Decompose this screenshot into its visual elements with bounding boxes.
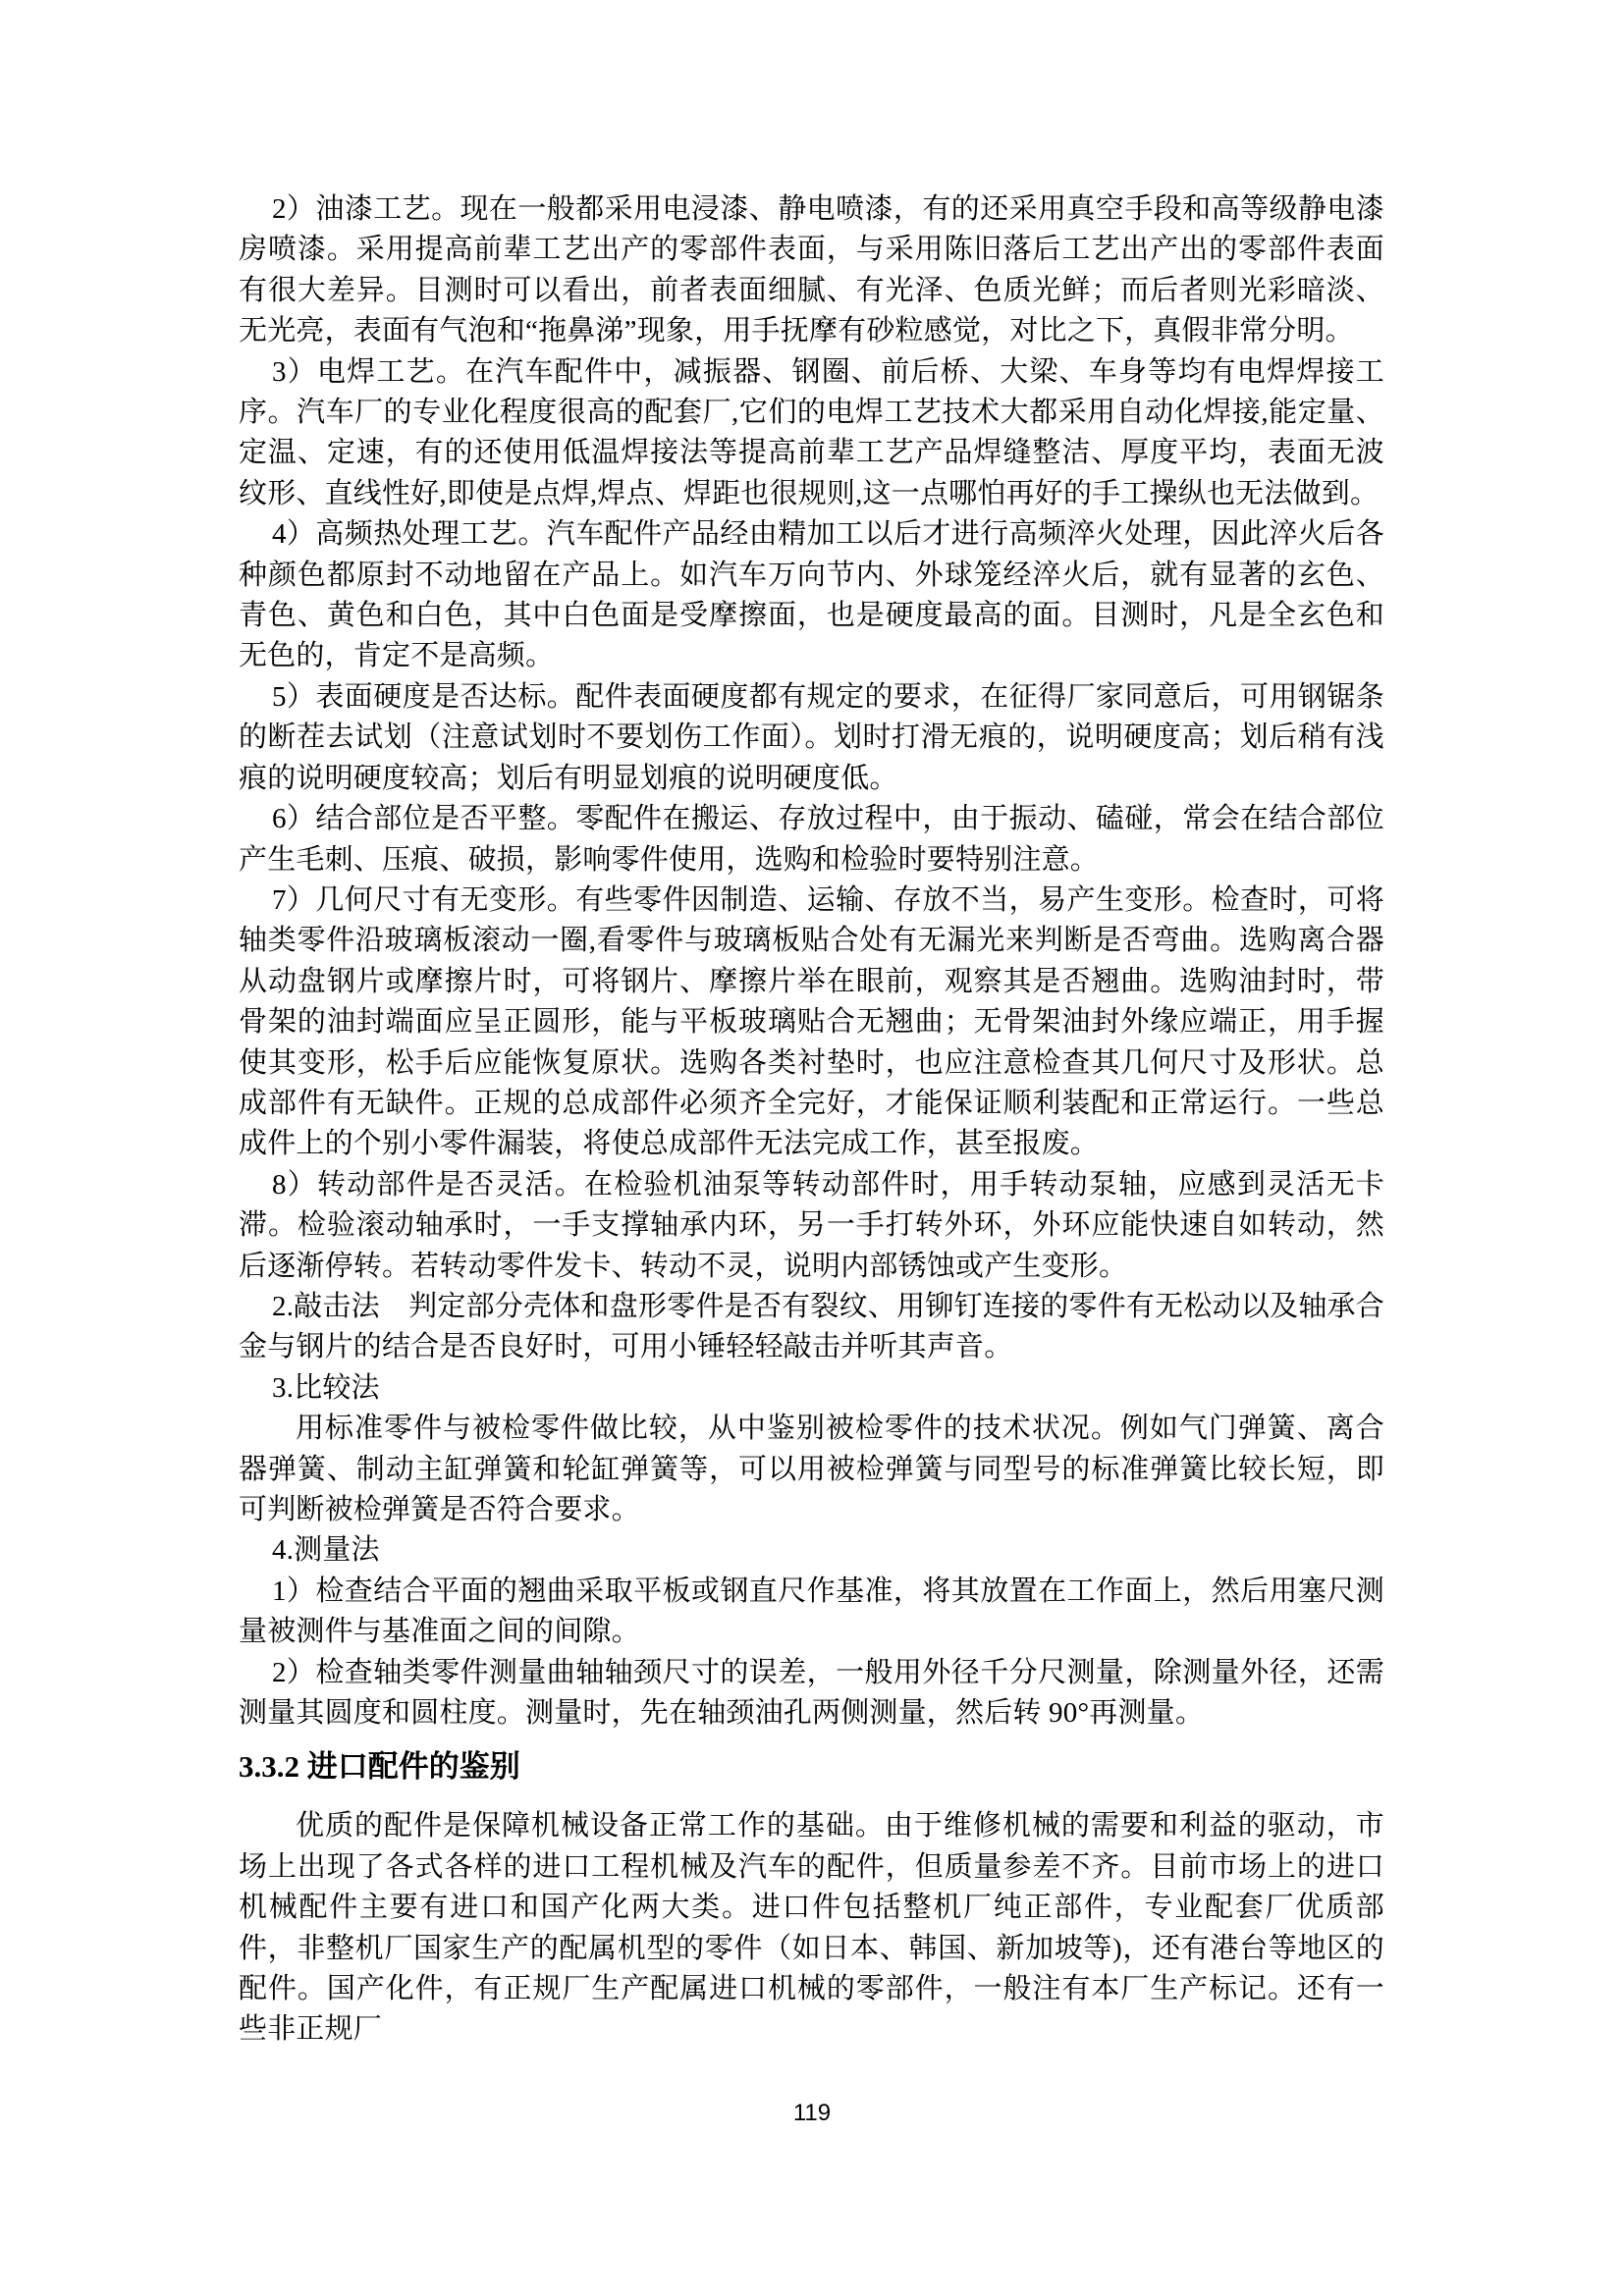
- document-page: 2）油漆工艺。现在一般都采用电浸漆、静电喷漆，有的还采用真空手段和高等级静电漆房…: [0, 0, 1624, 2296]
- paragraph-flatness-check: 1）检查结合平面的翘曲采取平板或钢直尺作基准，将其放置在工作面上，然后用塞尺测量…: [239, 1572, 1384, 1653]
- paragraph-imported-parts-intro: 优质的配件是保障机械设备正常工作的基础。由于维修机械的需要和利益的驱动，市场上出…: [239, 1806, 1384, 2050]
- page-content: 2）油漆工艺。现在一般都采用电浸漆、静电喷漆，有的还采用真空手段和高等级静电漆房…: [239, 189, 1384, 2051]
- page-number: 119: [0, 2100, 1624, 2127]
- section-heading: 3.3.2 进口配件的鉴别: [239, 1745, 1384, 1789]
- paragraph-geometry-deformation: 7）几何尺寸有无变形。有些零件因制造、运输、存放不当，易产生变形。检查时，可将轴…: [239, 881, 1384, 1165]
- paragraph-tapping-method: 2.敲击法 判定部分壳体和盘形零件是否有裂纹、用铆钉连接的零件有无松动以及轴承合…: [239, 1287, 1384, 1368]
- paragraph-comparison-method: 3.比较法: [239, 1368, 1384, 1409]
- paragraph-heat-treatment: 4）高频热处理工艺。汽车配件产品经由精加工以后才进行高频淬火处理，因此淬火后各种…: [239, 514, 1384, 677]
- paragraph-surface-hardness: 5）表面硬度是否达标。配件表面硬度都有规定的要求，在征得厂家同意后，可用钢锯条的…: [239, 677, 1384, 799]
- paragraph-paint-process: 2）油漆工艺。现在一般都采用电浸漆、静电喷漆，有的还采用真空手段和高等级静电漆房…: [239, 189, 1384, 352]
- paragraph-rotating-parts: 8）转动部件是否灵活。在检验机油泵等转动部件时，用手转动泵轴，应感到灵活无卡滞。…: [239, 1165, 1384, 1287]
- paragraph-joint-flatness: 6）结合部位是否平整。零配件在搬运、存放过程中，由于振动、磕碰，常会在结合部位产…: [239, 799, 1384, 881]
- paragraph-comparison-detail: 用标准零件与被检零件做比较，从中鉴别被检零件的技术状况。例如气门弹簧、离合器弹簧…: [239, 1409, 1384, 1530]
- paragraph-measuring-method: 4.测量法: [239, 1530, 1384, 1571]
- paragraph-shaft-check: 2）检查轴类零件测量曲轴轴颈尺寸的误差，一般用外径千分尺测量，除测量外径，还需测…: [239, 1653, 1384, 1735]
- paragraph-welding-process: 3）电焊工艺。在汽车配件中，减振器、钢圈、前后桥、大梁、车身等均有电焊焊接工序。…: [239, 352, 1384, 515]
